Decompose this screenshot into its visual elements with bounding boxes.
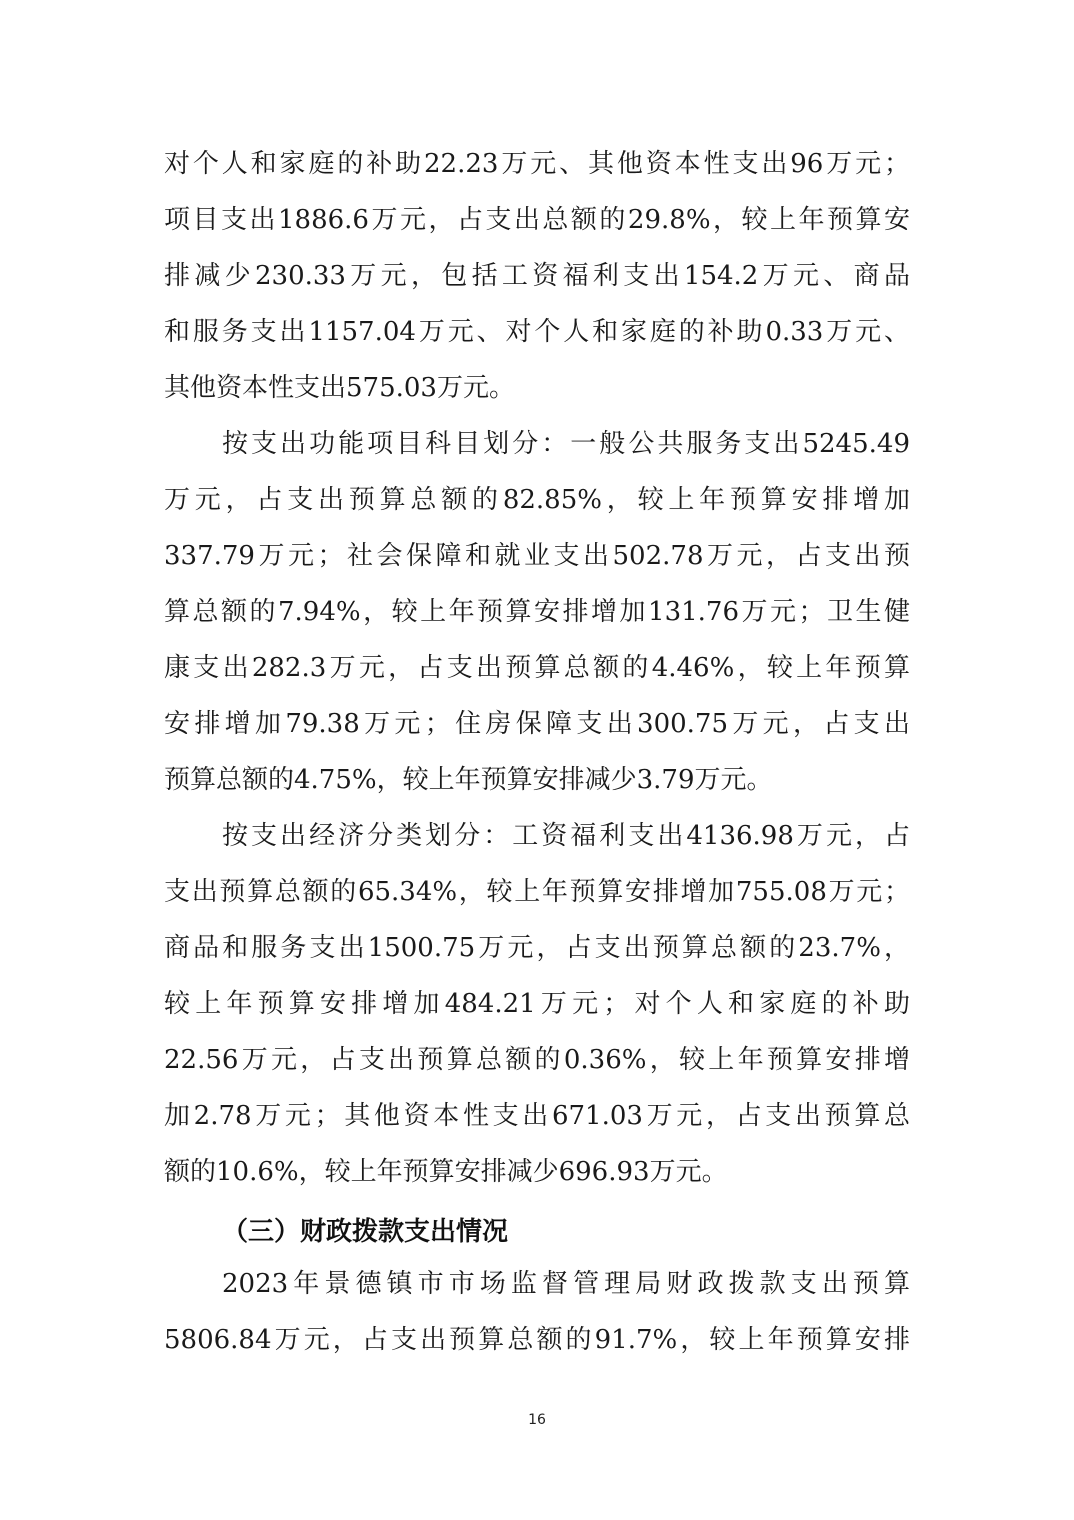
text-line: 商品和服务支出1500.75万元，占支出预算总额的23.7%， xyxy=(164,928,910,968)
text-line: 对个人和家庭的补助22.23万元、其他资本性支出96万元； xyxy=(164,144,910,184)
text-line: 按支出功能项目科目划分：一般公共服务支出5245.49 xyxy=(222,424,910,464)
text-line: 康支出282.3万元，占支出预算总额的4.46%，较上年预算 xyxy=(164,648,910,688)
text-line: 预算总额的4.75%，较上年预算安排减少3.79万元。 xyxy=(164,760,910,800)
text-line: 337.79万元；社会保障和就业支出502.78万元，占支出预 xyxy=(164,536,910,576)
text-line: 支出预算总额的65.34%，较上年预算安排增加755.08万元； xyxy=(164,872,910,912)
document-page: 对个人和家庭的补助22.23万元、其他资本性支出96万元； 项目支出1886.6… xyxy=(0,0,1074,1520)
text-line: 和服务支出1157.04万元、对个人和家庭的补助0.33万元、 xyxy=(164,312,910,352)
section-heading: （三）财政拨款支出情况 xyxy=(222,1212,722,1252)
text-line: 按支出经济分类划分：工资福利支出4136.98万元，占 xyxy=(222,816,910,856)
page-number: 16 xyxy=(0,1410,1074,1430)
text-line: 额的10.6%，较上年预算安排减少696.93万元。 xyxy=(164,1152,910,1192)
text-line: 较上年预算安排增加484.21万元；对个人和家庭的补助 xyxy=(164,984,910,1024)
text-line: 排减少230.33万元，包括工资福利支出154.2万元、商品 xyxy=(164,256,910,296)
text-line: 安排增加79.38万元；住房保障支出300.75万元，占支出 xyxy=(164,704,910,744)
text-line: 5806.84万元，占支出预算总额的91.7%，较上年预算安排 xyxy=(164,1320,910,1360)
text-line: 项目支出1886.6万元，占支出总额的29.8%，较上年预算安 xyxy=(164,200,910,240)
text-line: 22.56万元，占支出预算总额的0.36%，较上年预算安排增 xyxy=(164,1040,910,1080)
text-line: 其他资本性支出575.03万元。 xyxy=(164,368,910,408)
text-line: 万元，占支出预算总额的82.85%，较上年预算安排增加 xyxy=(164,480,910,520)
text-line: 2023年景德镇市市场监督管理局财政拨款支出预算 xyxy=(222,1264,910,1304)
text-line: 算总额的7.94%，较上年预算安排增加131.76万元；卫生健 xyxy=(164,592,910,632)
text-line: 加2.78万元；其他资本性支出671.03万元，占支出预算总 xyxy=(164,1096,910,1136)
